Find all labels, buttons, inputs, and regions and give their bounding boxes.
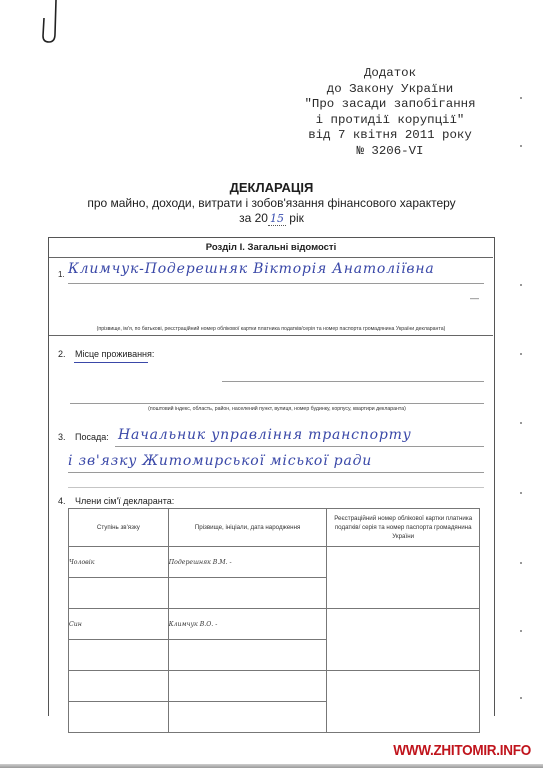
scan-mark: [520, 562, 522, 564]
item4-label: Члени сім'ї декларанта:: [75, 496, 174, 506]
year-prefix: за 20: [239, 211, 268, 225]
scan-mark: [520, 145, 522, 147]
item4-number: 4.: [58, 496, 66, 506]
cell-relation: [69, 671, 169, 702]
cell-relation: Син: [69, 609, 169, 640]
paperclip-icon: [40, 0, 62, 46]
item2-ink-underline: [74, 362, 148, 363]
item2-number: 2.: [58, 349, 66, 359]
cell-tax-id: [327, 609, 480, 671]
scan-mark: [520, 422, 522, 424]
cell-relation: [69, 702, 169, 733]
table-row: [69, 671, 480, 702]
cell-name: [168, 640, 327, 671]
scan-mark: [520, 492, 522, 494]
scan-bottom-edge: [0, 764, 543, 768]
item2-caption: (поштовий індекс, область, район, населе…: [70, 406, 484, 412]
year-suffix: рік: [289, 211, 304, 225]
scan-mark: [520, 697, 522, 699]
appendix-line: від 7 квітня 2011 року: [250, 128, 530, 144]
header-relation: Ступінь зв'язку: [69, 509, 169, 547]
cell-relation: Чоловік: [69, 547, 169, 578]
cell-name: Климчук В.О. -: [168, 609, 327, 640]
document-subtitle: про майно, доходи, витрати і зобов'язанн…: [0, 196, 543, 210]
item1: 1.: [58, 264, 65, 282]
appendix-line: до Закону України: [250, 82, 530, 98]
header-name: Прізвище, ініціали, дата народження: [168, 509, 327, 547]
scan-mark: [520, 97, 522, 99]
item3-number: 3.: [58, 432, 66, 442]
cell-name: [168, 578, 327, 609]
item3-line1: [115, 446, 484, 447]
item1-underline: [68, 283, 484, 284]
cell-tax-id: [327, 671, 480, 733]
table-header-row: Ступінь зв'язку Прізвище, ініціали, дата…: [69, 509, 480, 547]
header-tax-id: Реєстраційний номер облікової картки пла…: [327, 509, 480, 547]
cell-relation: [69, 640, 169, 671]
cell-relation: [69, 578, 169, 609]
item3-label: Посада:: [75, 432, 109, 442]
section-heading: Розділ І. Загальні відомості: [49, 238, 493, 258]
scan-mark: [520, 630, 522, 632]
item1-number: 1.: [58, 270, 65, 279]
item2-line2: [70, 403, 484, 404]
cell-name: [168, 671, 327, 702]
appendix-line: і протидії корупції": [250, 113, 530, 129]
cell-name: [168, 702, 327, 733]
item1-dash: —: [470, 293, 479, 303]
cell-tax-id: [327, 547, 480, 609]
item1-caption: (прізвище, ім'я, по батькові, реєстрацій…: [52, 326, 490, 332]
watermark: WWW.ZHITOMIR.INFO: [393, 742, 531, 759]
item2-line1: [222, 381, 484, 382]
item1-divider: [49, 335, 493, 336]
declaration-year: за 2015 рік: [0, 211, 543, 225]
year-handwritten: 15: [268, 212, 286, 226]
item3-line3: [68, 487, 484, 488]
table-row: ЧоловікПодерешняк В.М. -: [69, 547, 480, 578]
appendix-line: № 3206-VI: [250, 144, 530, 160]
scan-mark: [520, 353, 522, 355]
document-title: ДЕКЛАРАЦІЯ: [0, 180, 543, 195]
item3-value-line1: Начальник управління транспорту: [118, 427, 412, 443]
item1-value: Климчук-Подерешняк Вікторія Анатоліївна: [68, 261, 435, 277]
appendix-header: Додаток до Закону України "Про засади за…: [250, 66, 530, 160]
scan-mark: [520, 284, 522, 286]
appendix-line: "Про засади запобігання: [250, 97, 530, 113]
family-members-table: Ступінь зв'язку Прізвище, ініціали, дата…: [68, 508, 480, 733]
appendix-line: Додаток: [250, 66, 530, 82]
table-row: СинКлимчук В.О. -: [69, 609, 480, 640]
item3-value-line2: і зв'язку Житомирської міської ради: [68, 453, 372, 469]
item3-line2: [68, 472, 484, 473]
cell-name: Подерешняк В.М. -: [168, 547, 327, 578]
item2-label: Місце проживання:: [75, 349, 154, 359]
